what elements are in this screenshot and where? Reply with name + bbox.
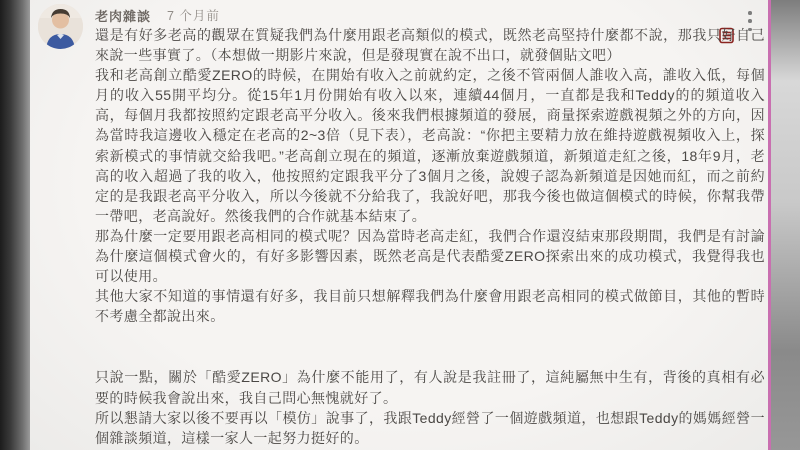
post-paragraph: 我和老高創立酷愛ZERO的時候，在開始有收入之前就約定，之後不管兩個人誰收入高，… [95,65,765,226]
avatar-person-icon [38,4,83,49]
post-paragraph: 所以懇請大家以後不要再以「模仿」說事了，我跟Teddy經營了一個遊戲頻道，也想跟… [95,408,765,448]
post-body: 還是有好多老高的觀眾在質疑我們為什麼用跟老高類似的模式，既然老高堅持什麼都不說，… [95,25,765,448]
letterbox-right [768,0,800,450]
post-paragraph: 那為什麼一定要用跟老高相同的模式呢？因為當時老高走紅，我們合作還沒結束那段期間，… [95,226,765,286]
video-frame: 老肉雜談 7 个月前 還是有好多老高的觀眾在質疑我們為什麼用跟老高類似的模式，既… [0,0,800,450]
post-timestamp: 7 个月前 [167,6,220,24]
post-paragraph: 只說一點，關於「酷愛ZERO」為什麼不能用了，有人說是我註冊了，這純屬無中生有，… [95,367,765,407]
accent-stripe [768,0,771,450]
post-paragraph-blank [95,326,765,367]
community-post: 老肉雜談 7 个月前 還是有好多老高的觀眾在質疑我們為什麼用跟老高類似的模式，既… [30,0,769,450]
letterbox-left [0,0,30,450]
post-paragraph: 還是有好多老高的觀眾在質疑我們為什麼用跟老高類似的模式，既然老高堅持什麼都不說，… [95,25,765,65]
author-name[interactable]: 老肉雜談 [95,6,151,25]
post-paragraph: 其他大家不知道的事情還有好多，我目前只想解釋我們為什麼會用跟老高相同的模式做節目… [95,286,765,326]
avatar[interactable] [38,4,83,49]
